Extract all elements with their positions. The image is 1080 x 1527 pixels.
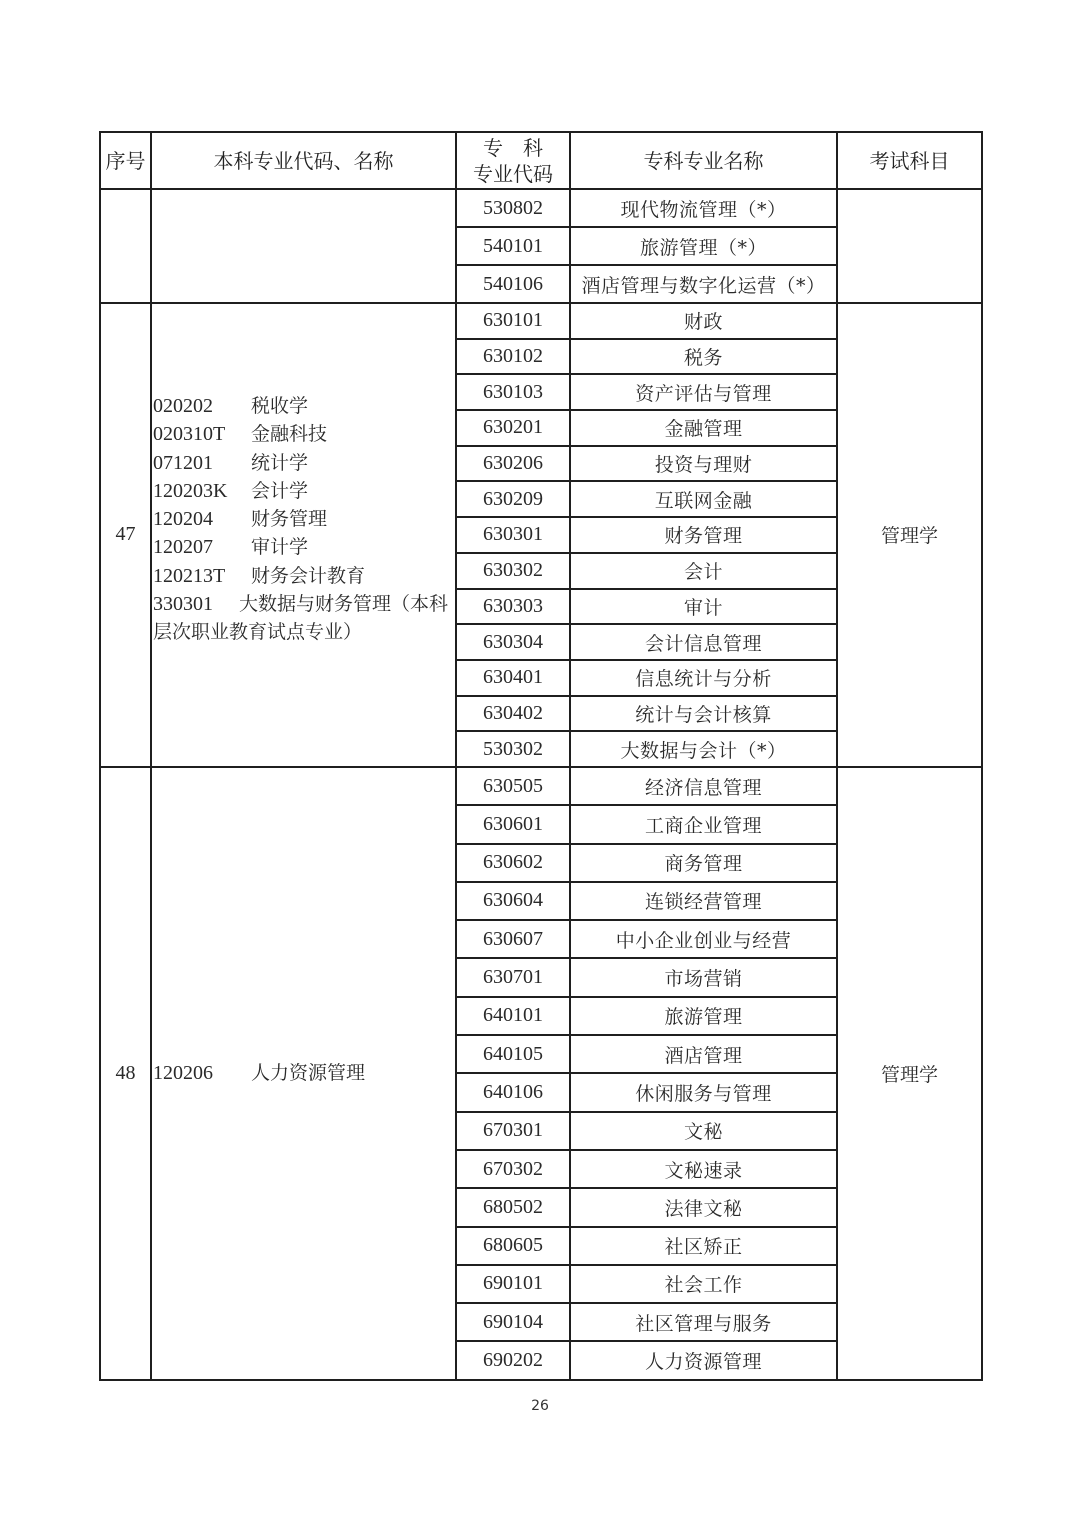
- zk-code-cell: 640106: [456, 1073, 570, 1111]
- zk-code-cell: 630401: [456, 660, 570, 696]
- bachelor-major-name: 人力资源管理: [251, 1062, 365, 1084]
- bachelor-major-item: 120207审计学: [153, 533, 455, 561]
- table-row: 47020202税收学020310T金融科技071201统计学120203K会计…: [100, 303, 982, 339]
- zk-name-cell: 审计: [570, 589, 837, 625]
- zk-code-cell: 690104: [456, 1303, 570, 1341]
- zk-name-cell: 经济信息管理: [570, 767, 837, 805]
- page-number: 26: [0, 1398, 1080, 1414]
- zk-name-cell: 税务: [570, 339, 837, 375]
- zk-name-cell: 社会工作: [570, 1265, 837, 1303]
- bachelor-major-code: 330301: [153, 590, 239, 618]
- bachelor-majors-cell: 120206人力资源管理: [151, 767, 456, 1380]
- bachelor-major-code: 020310T: [153, 420, 251, 448]
- bachelor-major-name: 会计学: [251, 480, 308, 502]
- zk-code-cell: 630607: [456, 920, 570, 958]
- zk-name-cell: 投资与理财: [570, 446, 837, 482]
- zk-code-cell: 640101: [456, 997, 570, 1035]
- bachelor-major-code: 071201: [153, 449, 251, 477]
- zk-name-cell: 信息统计与分析: [570, 660, 837, 696]
- zk-name-cell: 现代物流管理（*）: [570, 189, 837, 227]
- header-seq: 序号: [100, 132, 151, 189]
- zk-code-cell: 630102: [456, 339, 570, 375]
- bachelor-majors-cell: 020202税收学020310T金融科技071201统计学120203K会计学1…: [151, 303, 456, 767]
- zk-code-cell: 630209: [456, 481, 570, 517]
- zk-name-cell: 连锁经营管理: [570, 882, 837, 920]
- header-zk-name: 专科专业名称: [570, 132, 837, 189]
- header-zk-code-line2: 专业代码: [457, 161, 569, 187]
- zk-name-cell: 统计与会计核算: [570, 696, 837, 732]
- bachelor-major-item: 120213T财务会计教育: [153, 562, 455, 590]
- bachelor-major-item: 120203K会计学: [153, 477, 455, 505]
- bachelor-major-item: 120204财务管理: [153, 505, 455, 533]
- zk-name-cell: 互联网金融: [570, 481, 837, 517]
- zk-code-cell: 540101: [456, 227, 570, 265]
- zk-code-cell: 630201: [456, 410, 570, 446]
- zk-name-cell: 商务管理: [570, 844, 837, 882]
- zk-code-cell: 630602: [456, 844, 570, 882]
- zk-name-cell: 市场营销: [570, 958, 837, 996]
- zk-code-cell: 670301: [456, 1112, 570, 1150]
- exam-subject-cell: [837, 189, 982, 303]
- header-bachelor: 本科专业代码、名称: [151, 132, 456, 189]
- bachelor-major-code: 120213T: [153, 562, 251, 590]
- bachelor-major-item: 020310T金融科技: [153, 420, 455, 448]
- header-zk-code: 专 科 专业代码: [456, 132, 570, 189]
- bachelor-major-code: 120203K: [153, 477, 251, 505]
- zk-code-cell: 530802: [456, 189, 570, 227]
- zk-code-cell: 680605: [456, 1227, 570, 1265]
- zk-code-cell: 670302: [456, 1150, 570, 1188]
- zk-name-cell: 资产评估与管理: [570, 374, 837, 410]
- zk-code-cell: 640105: [456, 1035, 570, 1073]
- zk-code-cell: 630101: [456, 303, 570, 339]
- zk-name-cell: 工商企业管理: [570, 805, 837, 843]
- exam-subject-cell: 管理学: [837, 767, 982, 1380]
- bachelor-major-item: 071201统计学: [153, 449, 455, 477]
- zk-code-cell: 630601: [456, 805, 570, 843]
- bachelor-major-code: 120204: [153, 505, 251, 533]
- zk-code-cell: 630402: [456, 696, 570, 732]
- zk-code-cell: 630302: [456, 553, 570, 589]
- major-table: 序号 本科专业代码、名称 专 科 专业代码 专科专业名称 考试科目 530802…: [99, 131, 983, 1381]
- zk-code-cell: 630505: [456, 767, 570, 805]
- zk-name-cell: 会计: [570, 553, 837, 589]
- bachelor-major-code: 120206: [153, 1059, 251, 1087]
- seq-cell: 48: [100, 767, 151, 1380]
- zk-name-cell: 财政: [570, 303, 837, 339]
- zk-code-cell: 630303: [456, 589, 570, 625]
- bachelor-major-code: 120207: [153, 533, 251, 561]
- bachelor-major-code: 020202: [153, 392, 251, 420]
- zk-name-cell: 金融管理: [570, 410, 837, 446]
- bachelor-major-item: 120206人力资源管理: [153, 1059, 455, 1087]
- zk-code-cell: 630206: [456, 446, 570, 482]
- zk-code-cell: 540106: [456, 265, 570, 303]
- zk-name-cell: 社区管理与服务: [570, 1303, 837, 1341]
- zk-code-cell: 630604: [456, 882, 570, 920]
- zk-name-cell: 法律文秘: [570, 1188, 837, 1226]
- zk-name-cell: 休闲服务与管理: [570, 1073, 837, 1111]
- zk-code-cell: 630701: [456, 958, 570, 996]
- zk-name-cell: 财务管理: [570, 517, 837, 553]
- zk-name-cell: 大数据与会计（*）: [570, 731, 837, 767]
- zk-code-cell: 690101: [456, 1265, 570, 1303]
- zk-name-cell: 酒店管理与数字化运营（*）: [570, 265, 837, 303]
- zk-name-cell: 旅游管理（*）: [570, 227, 837, 265]
- zk-name-cell: 会计信息管理: [570, 624, 837, 660]
- zk-name-cell: 酒店管理: [570, 1035, 837, 1073]
- bachelor-major-name: 税收学: [251, 395, 308, 417]
- zk-name-cell: 文秘: [570, 1112, 837, 1150]
- table-row: 530802现代物流管理（*）: [100, 189, 982, 227]
- zk-name-cell: 中小企业创业与经营: [570, 920, 837, 958]
- zk-code-cell: 630103: [456, 374, 570, 410]
- bachelor-major-name: 审计学: [251, 536, 308, 558]
- table-body: 530802现代物流管理（*）540101旅游管理（*）540106酒店管理与数…: [100, 189, 982, 1380]
- zk-code-cell: 530302: [456, 731, 570, 767]
- bachelor-major-name: 金融科技: [251, 423, 327, 445]
- bachelor-major-name: 财务会计教育: [251, 565, 365, 587]
- bachelor-major-name: 统计学: [251, 452, 308, 474]
- bachelor-major-name: 财务管理: [251, 508, 327, 530]
- zk-code-cell: 630304: [456, 624, 570, 660]
- exam-subject-cell: 管理学: [837, 303, 982, 767]
- header-row: 序号 本科专业代码、名称 专 科 专业代码 专科专业名称 考试科目: [100, 132, 982, 189]
- seq-cell: [100, 189, 151, 303]
- zk-name-cell: 旅游管理: [570, 997, 837, 1035]
- zk-code-cell: 630301: [456, 517, 570, 553]
- zk-code-cell: 680502: [456, 1188, 570, 1226]
- zk-code-cell: 690202: [456, 1341, 570, 1379]
- zk-name-cell: 文秘速录: [570, 1150, 837, 1188]
- header-exam: 考试科目: [837, 132, 982, 189]
- header-zk-code-line1: 专 科: [457, 135, 569, 161]
- bachelor-majors-cell: [151, 189, 456, 303]
- zk-name-cell: 社区矫正: [570, 1227, 837, 1265]
- seq-cell: 47: [100, 303, 151, 767]
- table-row: 48120206人力资源管理630505经济信息管理管理学: [100, 767, 982, 805]
- bachelor-major-item: 330301大数据与财务管理（本科层次职业教育试点专业）: [153, 590, 455, 647]
- major-table-container: 序号 本科专业代码、名称 专 科 专业代码 专科专业名称 考试科目 530802…: [99, 131, 981, 1381]
- bachelor-major-item: 020202税收学: [153, 392, 455, 420]
- zk-name-cell: 人力资源管理: [570, 1341, 837, 1379]
